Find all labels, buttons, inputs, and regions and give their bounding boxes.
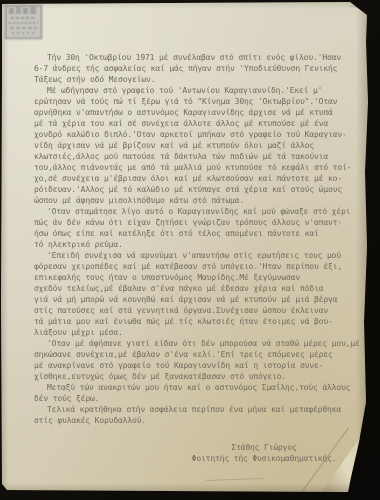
letter-paragraph: Μεταξύ τών ανακριτών μου ήταν καί ο αστυ…: [34, 382, 364, 404]
signature-title: Φοιτητής τής Φυσικομαθηματικής.: [184, 453, 344, 464]
pencil-mark-icon: [206, 478, 264, 481]
letter-body: Τήν 30η 'Οκτωβρίου 1971 μέ συνέλαβαν στό…: [34, 52, 364, 426]
signature-block: Στάθης Γιώργος Φοιτητής τής Φυσικομαθημα…: [184, 442, 344, 464]
letter-paragraph: 'Οταν σταμάτησε λίγο αυτό ο Καραγιαννίδη…: [34, 206, 364, 250]
letter-paper: Τήν 30η 'Οκτωβρίου 1971 μέ συνέλαβαν στό…: [1, 2, 368, 492]
scanned-letter-photo: Τήν 30η 'Οκτωβρίου 1971 μέ συνέλαβαν στό…: [0, 0, 380, 500]
letter-paragraph: Τήν 30η 'Οκτωβρίου 1971 μέ συνέλαβαν στό…: [34, 52, 364, 85]
letter-paragraph: 'Οταν μέ άφήσανε γιατί είδαν ότι δέν μπο…: [34, 338, 364, 382]
signature-name: Στάθης Γιώργος: [184, 442, 344, 453]
letter-paragraph: Μέ ωδήγησαν στό γραφείο τού 'Αντωνίου Κα…: [34, 85, 364, 206]
letter-paragraph: Τελικά κρατήθηκα στήν ασφάλεια περίπου έ…: [34, 404, 364, 426]
archive-stamp-icon: [3, 3, 44, 41]
letter-paragraph: 'Επειδή συνέχισα νά αρνούμαι ν'απαντήσω …: [34, 250, 364, 338]
pencil-mark-icon: [349, 5, 367, 9]
